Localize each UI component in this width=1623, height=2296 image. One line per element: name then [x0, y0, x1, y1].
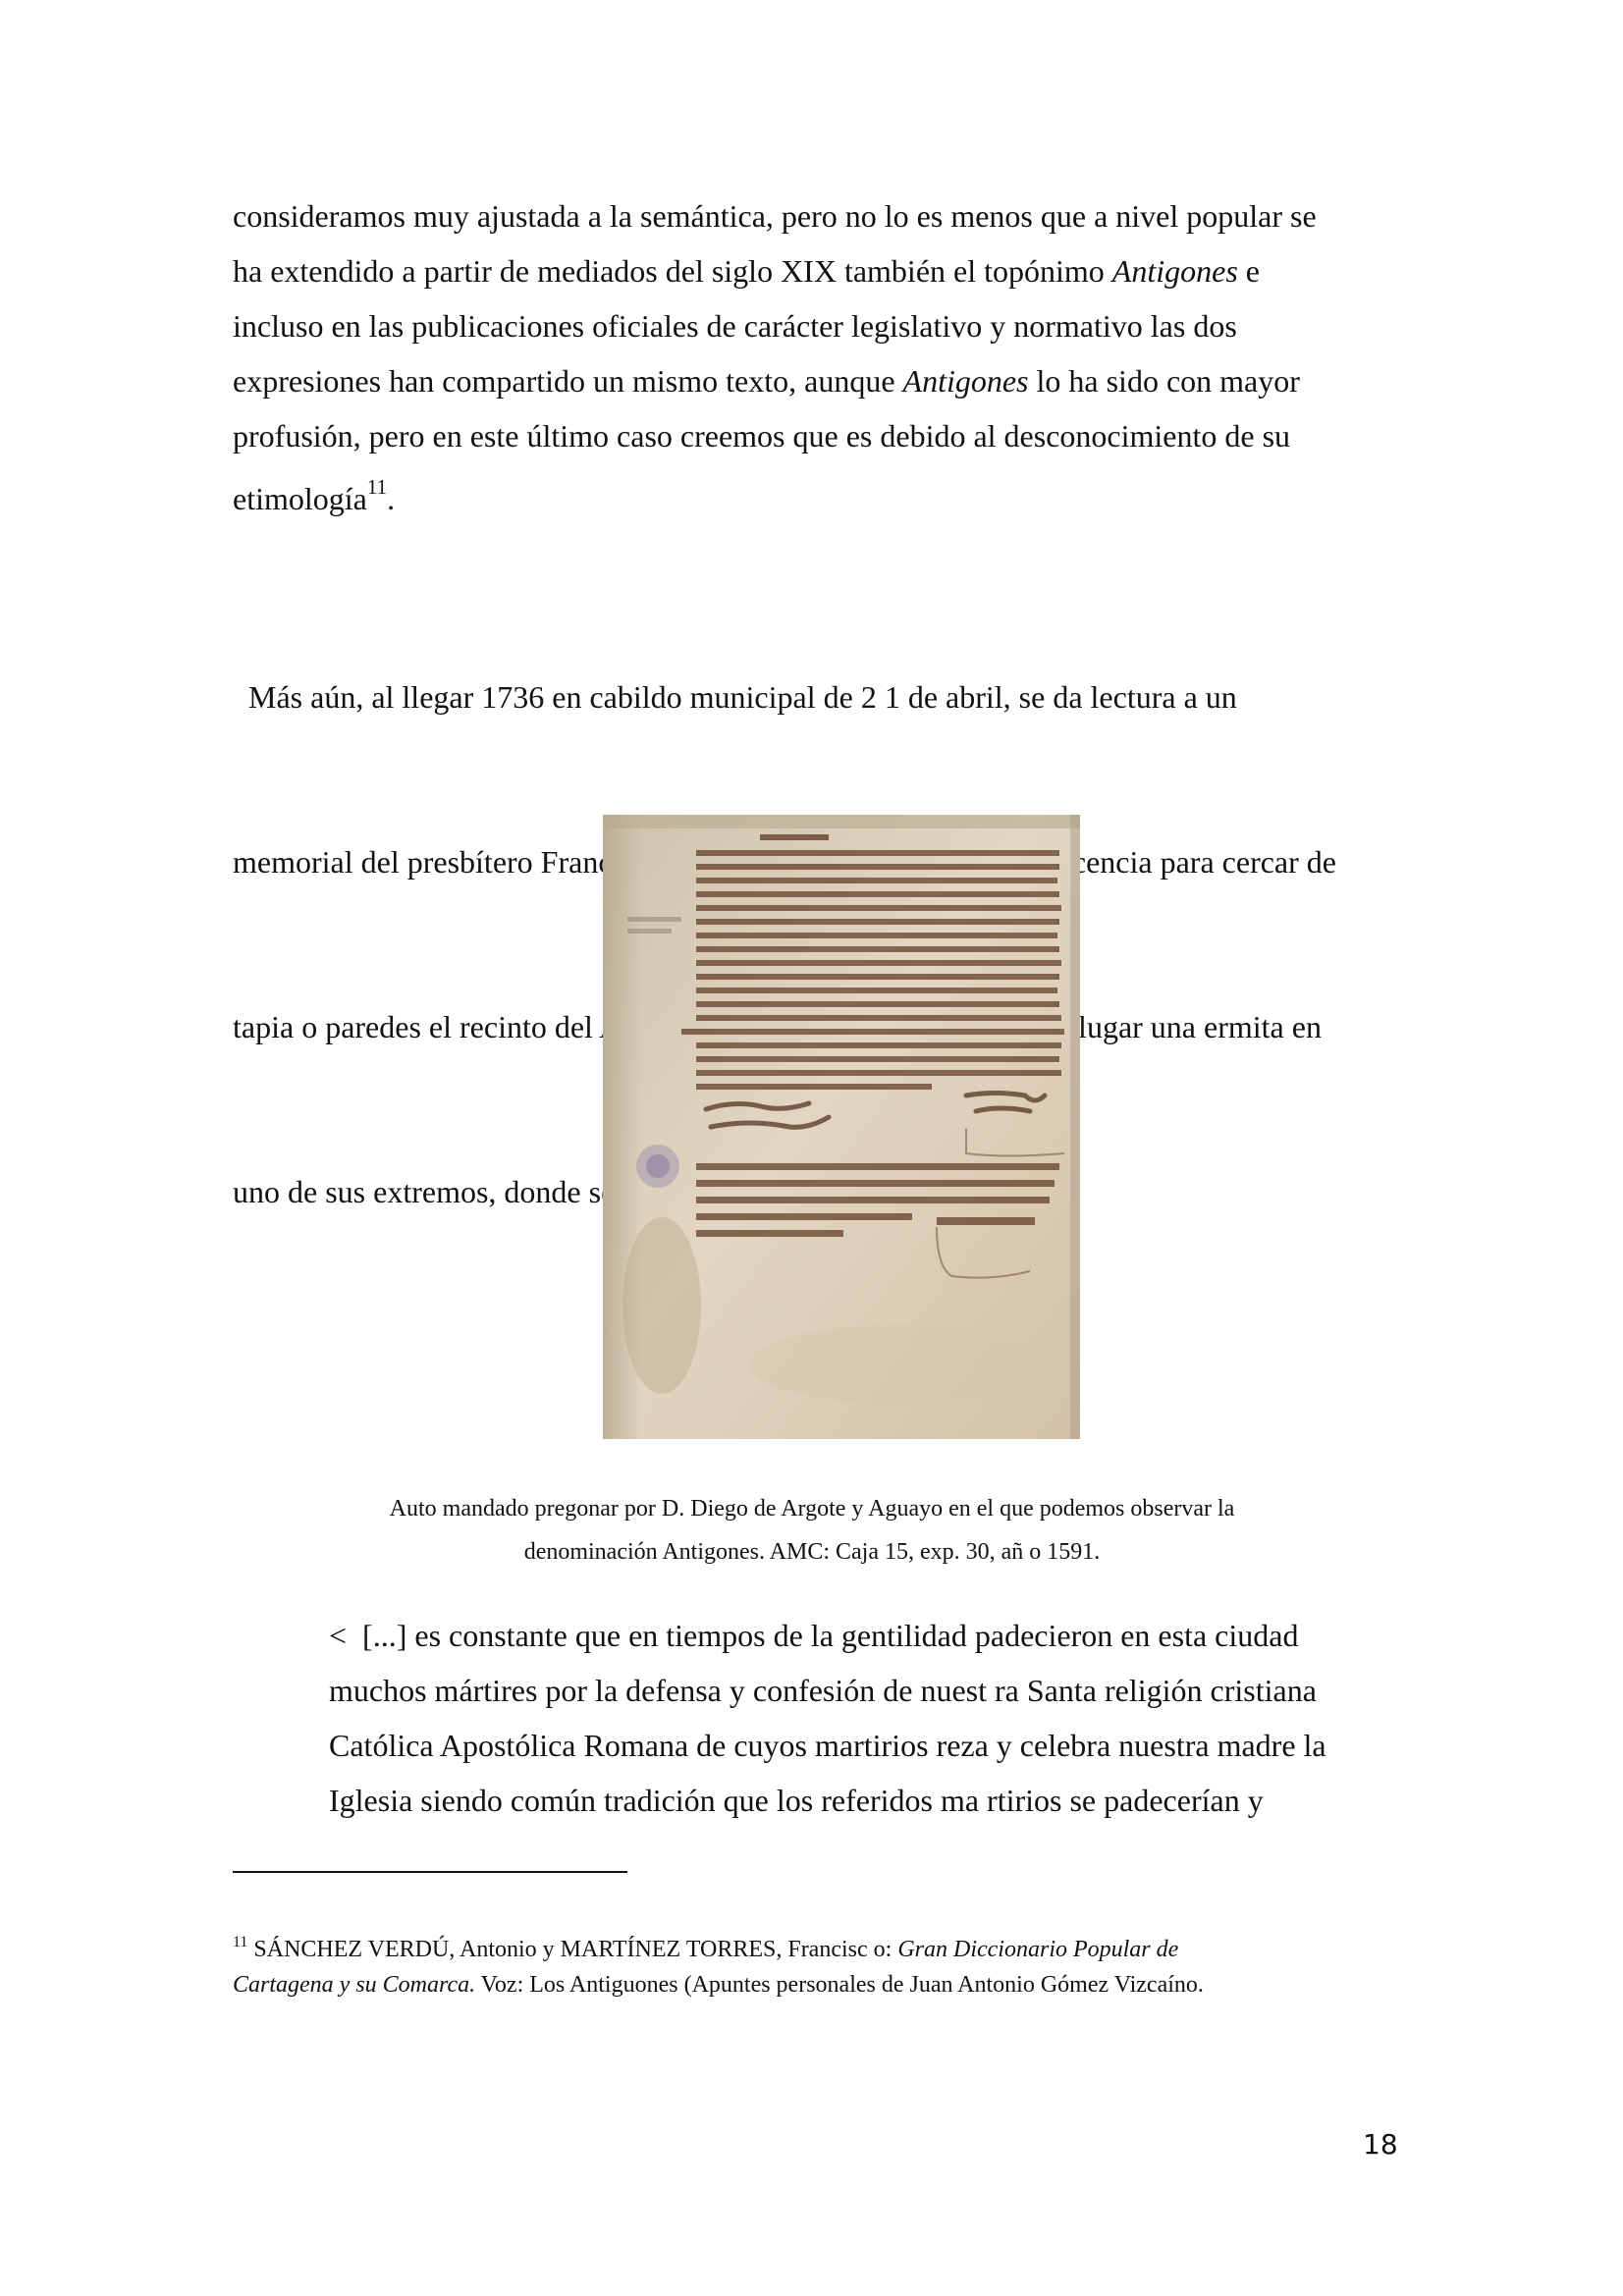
text-line: profusión, pero en este último caso cree…: [233, 408, 1391, 463]
text-span: SÁNCHEZ VERDÚ, Antonio y MARTÍNEZ TORRES…: [247, 1937, 897, 1962]
text-span: expresiones han compartido un mismo text…: [233, 363, 903, 399]
italic-title: Gran Diccionario Popular de: [897, 1937, 1178, 1962]
text-span: e: [1238, 253, 1260, 289]
text-span: .: [387, 481, 395, 516]
text-span: lo ha sido con mayor: [1029, 363, 1300, 399]
body-paragraph-1: consideramos muy ajustada a la semántica…: [233, 188, 1391, 530]
quote-line: muchos mártires por la defensa y confesi…: [329, 1663, 1389, 1718]
footnote-number: 11: [233, 1934, 247, 1950]
text-line: Más aún, al llegar 1736 en cabildo munic…: [233, 669, 1391, 724]
footnote-11: 11 SÁNCHEZ VERDÚ, Antonio y MARTÍNEZ TOR…: [233, 1932, 1391, 2002]
quote-line: Iglesia siendo común tradición que los r…: [329, 1773, 1389, 1828]
text-line: etimología11.: [233, 471, 1391, 530]
text-line: ha extendido a partir de mediados del si…: [233, 243, 1391, 298]
figure-caption: Auto mandado pregonar por D. Diego de Ar…: [233, 1487, 1391, 1574]
caption-line: Auto mandado pregonar por D. Diego de Ar…: [233, 1487, 1391, 1530]
footnote-separator: [233, 1871, 627, 1873]
quote-line: < [...] es constante que en tiempos de l…: [329, 1608, 1389, 1663]
text-span: etimología: [233, 481, 367, 516]
italic-term: Antigones: [903, 363, 1029, 399]
quote-line: Católica Apostólica Romana de cuyos mart…: [329, 1718, 1389, 1773]
text-line: expresiones han compartido un mismo text…: [233, 353, 1391, 408]
footnote-line: Cartagena y su Comarca. Voz: Los Antiguo…: [233, 1967, 1391, 2002]
manuscript-image: [603, 815, 1080, 1439]
italic-title: Cartagena y su Comarca.: [233, 1972, 475, 1998]
italic-term: Antigones: [1112, 253, 1238, 289]
text-line: consideramos muy ajustada a la semántica…: [233, 188, 1391, 243]
text-span: ha extendido a partir de mediados del si…: [233, 253, 1112, 289]
block-quote: < [...] es constante que en tiempos de l…: [329, 1608, 1389, 1828]
text-span: Voz: Los Antiguones (Apuntes personales …: [475, 1972, 1204, 1998]
page-number: 18: [1363, 2128, 1398, 2161]
footnote-line: 11 SÁNCHEZ VERDÚ, Antonio y MARTÍNEZ TOR…: [233, 1932, 1391, 1967]
document-page: consideramos muy ajustada a la semántica…: [0, 0, 1623, 2296]
caption-line: denominación Antigones. AMC: Caja 15, ex…: [233, 1530, 1391, 1574]
footnote-reference[interactable]: 11: [367, 475, 387, 499]
text-line: incluso en las publicaciones oficiales d…: [233, 298, 1391, 353]
manuscript-photo: [603, 815, 1080, 1439]
